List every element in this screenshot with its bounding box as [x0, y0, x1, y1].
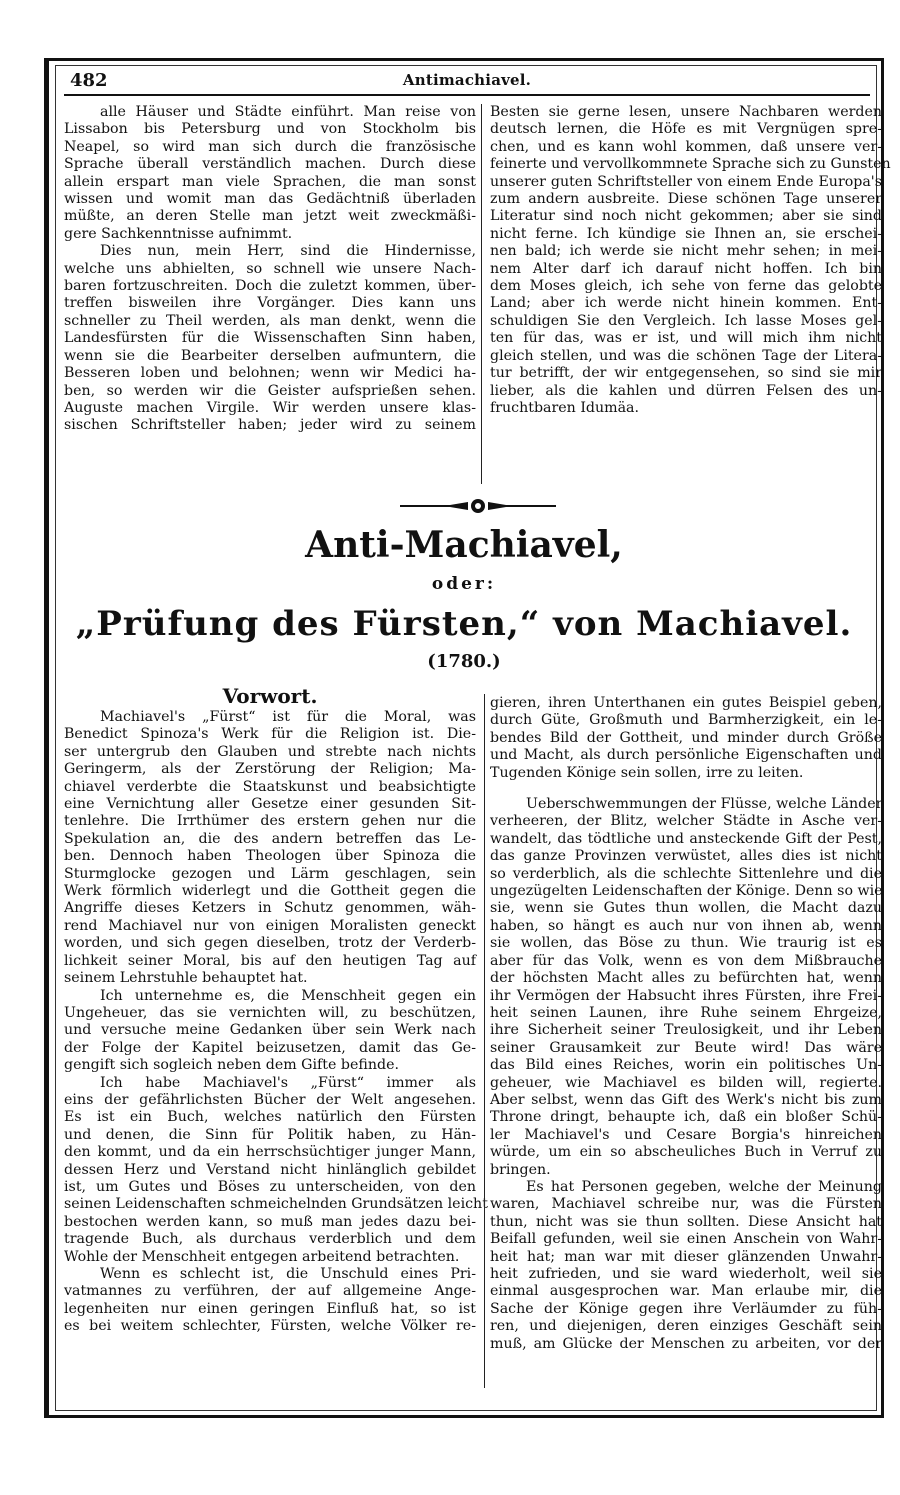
- text-line: seinem Lehrstuhle behauptet hat.: [64, 970, 476, 987]
- text-line: Throne dringt, behaupte ich, daß ein blo…: [490, 1109, 882, 1126]
- text-line: Sturmglocke gezogen und Lärm geschlagen,…: [64, 866, 476, 883]
- text-line: Ich habe Machiavel's „Fürst“ immer als: [64, 1075, 476, 1092]
- text-line: vatmannes zu verführen, der auf allgemei…: [64, 1283, 476, 1300]
- text-line: Angriffe dieses Ketzers in Schutz genomm…: [64, 900, 476, 917]
- text-line: ihr Vermögen der Habsucht ihres Fürsten,…: [490, 988, 882, 1005]
- text-line: aber für das Volk, wenn es von dem Mißbr…: [490, 953, 882, 970]
- text-line: nem Alter darf ich darauf nicht hoffen. …: [490, 261, 882, 278]
- text-line: nen bald; ich werde sie nicht mehr sehen…: [490, 243, 882, 260]
- ornamental-divider-icon: [400, 498, 556, 514]
- text-line: seiner Grausamkeit zur Beute wird! Das w…: [490, 1040, 882, 1057]
- text-line: legenheiten nur einen geringen Einfluß h…: [64, 1301, 476, 1318]
- text-line: sischen Schriftsteller haben; jeder wird…: [64, 417, 476, 434]
- text-line: Es ist ein Buch, welches natürlich den F…: [64, 1109, 476, 1126]
- text-line: treffen bisweilen ihre Vorgänger. Dies k…: [64, 295, 476, 312]
- text-line: Machiavel's „Fürst“ ist für die Moral, w…: [64, 709, 476, 726]
- bottom-left-column: Machiavel's „Fürst“ ist für die Moral, w…: [64, 709, 476, 1336]
- text-line: deutsch lernen, die Höfe es mit Vergnüge…: [490, 121, 882, 138]
- text-line: wissen und womit man das Gedächtniß über…: [64, 191, 476, 208]
- text-line: Sache der Könige gegen ihre Verläumder z…: [490, 1301, 882, 1318]
- text-line: Land; aber ich werde nicht hinein kommen…: [490, 295, 882, 312]
- text-line: ungezügelten Leidenschaften der Könige. …: [490, 883, 882, 900]
- column-rule-bottom: [484, 694, 485, 1388]
- text-line: geheuer, wie Machiavel es bilden will, r…: [490, 1075, 882, 1092]
- text-line: das ganze Provinzen verwüstet, alles die…: [490, 848, 882, 865]
- text-line: zum andern ausbreite. Diese schönen Tage…: [490, 191, 882, 208]
- text-line: Dies nun, mein Herr, sind die Hinderniss…: [64, 243, 476, 260]
- text-line: tenlehre. Die Irrthümer des erstern gehe…: [64, 813, 476, 830]
- text-line: ser untergrub den Glauben und strebte na…: [64, 744, 476, 761]
- column-rule-top: [481, 104, 482, 484]
- text-line: ren, und diejenigen, deren einziges Gesc…: [490, 1318, 882, 1335]
- top-right-column: Besten sie gerne lesen, unsere Nachbaren…: [490, 104, 882, 417]
- text-line: chiavel verderbte die Staatskunst und be…: [64, 779, 476, 796]
- publication-year: (1780.): [44, 651, 884, 672]
- text-line: Ich unternehme es, die Menschheit gegen …: [64, 988, 476, 1005]
- text-line: haben, so hängt es auch nur von ihnen ab…: [490, 918, 882, 935]
- text-line: eine Vernichtung aller Gesetze einer ges…: [64, 796, 476, 813]
- text-line: eins der gefährlichsten Bücher der Welt …: [64, 1092, 476, 1109]
- text-line: Werk förmlich widerlegt und die Gottheit…: [64, 883, 476, 900]
- text-line: Benedict Spinoza's Werk für die Religion…: [64, 726, 476, 743]
- text-line: und denen, die Sinn für Politik haben, z…: [64, 1127, 476, 1144]
- text-line: Geringerm, als der Zerstörung der Religi…: [64, 761, 476, 778]
- paragraph-gap: [490, 782, 882, 796]
- text-line: gleich stellen, und was die schönen Tage…: [490, 348, 882, 365]
- text-line: ben. Dennoch haben Theologen über Spinoz…: [64, 848, 476, 865]
- text-line: rend Machiavel nur von einigen Moraliste…: [64, 918, 476, 935]
- text-line: wandelt, das tödtliche und ansteckende G…: [490, 831, 882, 848]
- section-heading: Vorwort.: [64, 684, 476, 708]
- text-line: heit hat; man war mit dieser glänzenden …: [490, 1249, 882, 1266]
- text-line: Wohle der Menschheit entgegen arbeitend …: [64, 1249, 476, 1266]
- text-line: gengift sich sogleich neben dem Gifte be…: [64, 1057, 476, 1074]
- text-line: welche uns abhielten, so schnell wie uns…: [64, 261, 476, 278]
- text-line: Literatur sind noch nicht gekommen; aber…: [490, 208, 882, 225]
- text-line: ten für das, was er ist, und will mich i…: [490, 330, 882, 347]
- text-line: Landesfürsten für die Wissenschaften Sin…: [64, 330, 476, 347]
- text-line: Tugenden Könige sein sollen, irre zu lei…: [490, 765, 882, 782]
- text-line: gere Sachkenntnisse aufnimmt.: [64, 226, 476, 243]
- text-line: dem Moses gleich, ich sehe von ferne das…: [490, 278, 882, 295]
- text-line: unserer guten Schriftsteller von einem E…: [490, 174, 882, 191]
- text-line: tur betrifft, der wir entgegensehen, so …: [490, 365, 882, 382]
- text-line: und Macht, als durch persönliche Eigensc…: [490, 747, 882, 764]
- page-header: 482 Antimachiavel.: [64, 66, 870, 96]
- bottom-right-column: gieren, ihren Unterthanen ein gutes Beis…: [490, 695, 882, 1353]
- text-line: bringen.: [490, 1162, 882, 1179]
- text-line: ler Machiavel's und Cesare Borgia's hinr…: [490, 1127, 882, 1144]
- text-line: verheeren, der Blitz, welcher Städte in …: [490, 813, 882, 830]
- text-line: der höchsten Macht alles zu befürchten h…: [490, 970, 882, 987]
- text-line: Ueberschwemmungen der Flüsse, welche Län…: [490, 796, 882, 813]
- text-line: Ungeheuer, das sie vernichten will, zu b…: [64, 1005, 476, 1022]
- text-line: Spekulation an, die des andern betreffen…: [64, 831, 476, 848]
- text-line: und versuche meine Gedanken über sein We…: [64, 1022, 476, 1039]
- text-line: heit zufrieden, und sie ward wiederholt,…: [490, 1266, 882, 1283]
- text-line: lieber, als die kahlen und dürren Felsen…: [490, 383, 882, 400]
- text-line: Besseren loben und belohnen; wenn wir Me…: [64, 365, 476, 382]
- text-line: worden, und sich gegen dieselben, trotz …: [64, 935, 476, 952]
- text-line: lichkeit seiner Moral, bis auf den heuti…: [64, 953, 476, 970]
- text-line: Auguste machen Virgile. Wir werden unser…: [64, 400, 476, 417]
- text-line: schuldigen Sie den Vergleich. Ich lasse …: [490, 313, 882, 330]
- top-left-column: alle Häuser und Städte einführt. Man rei…: [64, 104, 476, 435]
- subtitle: „Prüfung des Fürsten,“ von Machiavel.: [44, 604, 884, 644]
- text-line: Wenn es schlecht ist, die Unschuld eines…: [64, 1266, 476, 1283]
- text-line: ihre Sicherheit seiner Treulosigkeit, un…: [490, 1022, 882, 1039]
- text-line: sie wollen, das Böse zu thun. Wie trauri…: [490, 935, 882, 952]
- text-line: Neapel, so wird man sich durch die franz…: [64, 139, 476, 156]
- text-line: muß, am Glücke der Menschen zu arbeiten,…: [490, 1336, 882, 1353]
- text-line: feinerte und vervollkommnete Sprache sic…: [490, 156, 882, 173]
- text-line: chen, und es kann wohl kommen, daß unser…: [490, 139, 882, 156]
- text-line: waren, Machiavel schreibe nur, was die F…: [490, 1196, 882, 1213]
- text-line: fruchtbaren Idumäa.: [490, 400, 882, 417]
- text-line: Sprache überall verständlich machen. Dur…: [64, 156, 476, 173]
- text-line: dessen Herz und Verstand nicht hinlängli…: [64, 1162, 476, 1179]
- text-line: Lissabon bis Petersburg und von Stockhol…: [64, 121, 476, 138]
- running-title: Antimachiavel.: [64, 71, 870, 89]
- main-title: Anti-Machiavel,: [44, 524, 884, 566]
- text-line: das Bild eines Reiches, worin ein politi…: [490, 1057, 882, 1074]
- title-connector: oder:: [44, 574, 884, 594]
- text-line: der Folge der Kapitel beizusetzen, damit…: [64, 1040, 476, 1057]
- text-line: Besten sie gerne lesen, unsere Nachbaren…: [490, 104, 882, 121]
- text-line: es bei weitem schlechter, Fürsten, welch…: [64, 1318, 476, 1335]
- text-line: Aber selbst, wenn das Gift des Werk's ni…: [490, 1092, 882, 1109]
- text-line: ist, um Gutes und Böses zu unterscheiden…: [64, 1179, 476, 1196]
- text-line: ben, so werden wir die Geister aufsprieß…: [64, 383, 476, 400]
- text-line: den kommt, und da ein herrschsüchtiger j…: [64, 1144, 476, 1161]
- text-line: nicht ferne. Ich kündige sie Ihnen an, s…: [490, 226, 882, 243]
- text-line: einmal ausgesprochen war. Man erlaube mi…: [490, 1283, 882, 1300]
- text-line: gieren, ihren Unterthanen ein gutes Beis…: [490, 695, 882, 712]
- text-line: sie, wenn sie Gutes thun wollen, die Mac…: [490, 900, 882, 917]
- text-line: schneller zu Theil werden, als man denkt…: [64, 313, 476, 330]
- text-line: wenn sie die Bearbeiter derselben aufmun…: [64, 348, 476, 365]
- text-line: bendes Bild der Gottheit, und minder dur…: [490, 730, 882, 747]
- text-line: so verderblich, als die schlechte Sitten…: [490, 866, 882, 883]
- text-line: bestochen werden kann, so muß man jedes …: [64, 1214, 476, 1231]
- text-line: müßte, an deren Stelle man jetzt weit zw…: [64, 208, 476, 225]
- text-line: allein erspart man viele Sprachen, die m…: [64, 174, 476, 191]
- text-line: Beifall gefunden, weil sie einen Anschei…: [490, 1231, 882, 1248]
- text-line: alle Häuser und Städte einführt. Man rei…: [64, 104, 476, 121]
- text-line: tragende Buch, als durchaus verderblich …: [64, 1231, 476, 1248]
- text-line: heit seinen Launen, ihre Ruhe seinem Ehr…: [490, 1005, 882, 1022]
- text-line: Es hat Personen gegeben, welche der Mein…: [490, 1179, 882, 1196]
- text-line: seinen Leidenschaften schmeichelnden Gru…: [64, 1196, 476, 1213]
- text-line: durch Güte, Großmuth und Barmherzigkeit,…: [490, 712, 882, 729]
- text-line: thun, nicht was sie thun sollten. Diese …: [490, 1214, 882, 1231]
- text-line: würde, um ein so abscheuliches Buch in V…: [490, 1144, 882, 1161]
- text-line: baren fortzuschreiten. Doch die zuletzt …: [64, 278, 476, 295]
